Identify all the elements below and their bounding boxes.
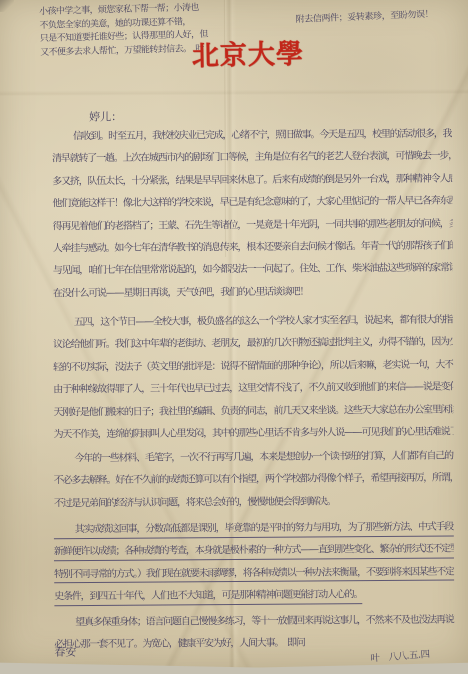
handwritten-line: 得再见着他们的老搭档了；王蒙、石先生等诸位，一晃竟是十年光阴，一同共事的那些老朋… (52, 214, 452, 239)
handwritten-line: 与见闻，咱们七年在信里常常说起的，如今都没法一一问起了。住处、工作、柴米油盐这些… (53, 259, 453, 284)
handwritten-line: 不过是兄弟间的经济与认识问题，将来总会好的，慢慢地便会得到解决。 (54, 492, 454, 517)
handwritten-line: 信收到。时至五月，我校校庆业已完成，心绪不宁，照旧做事。今天是五四，校里的活动很… (52, 125, 452, 150)
top-right-annotation: 附去信两件；妥转素珍，至盼勿误！ (295, 7, 433, 25)
handwritten-line: 史条件，到四五十年代，人们也不大知道，可是那种精神问题更能打动人心的。 (54, 584, 454, 609)
handwritten-line: 其实成绩这回事，分数高低都是课别，毕竟靠的是平时的努力与用功，为了那些新方法、中… (54, 517, 454, 542)
handwritten-line: 新鲜便许以成绩；各种成绩的考查，本身就是极朴素的一种方式——直到那些变化、繁杂的… (54, 540, 454, 565)
university-letterhead: 北京大學 (191, 32, 304, 73)
handwritten-line: 人牵挂与感动。如今七年在清华教书的消息传来，根本还要亲自去问候才像话。年青一代的… (53, 236, 453, 261)
closing-word: 春安 (54, 644, 76, 660)
handwritten-line: 轻的不切实际，没法子（英文里的批评是：说得不留情面的那种争论），所以后来嘛，老实… (53, 355, 453, 380)
scan-corner-shade (0, 0, 14, 12)
handwritten-line: 由于种种缘故得罪了人，三十年代也早已过去，这里交情不浅了，不久前又收到他们的来信… (53, 378, 453, 403)
handwritten-line: 清早就转了一趟。上次在城西市内的剧场门口等候，主角是位有名气的老艺人登台表演，可… (52, 147, 452, 172)
signature-date: 叶 八八.五.四 (370, 646, 430, 664)
handwritten-line: 五四，这个节日——全校大事，极负盛名的这么一个学校人家才实至名归，说起来，都有很… (53, 311, 453, 336)
handwritten-line: 天刚好是他们搬来的日子；我社里的编辑、负责的同志，前几天又来坐谈。这些天大家总在… (53, 400, 453, 425)
handwritten-line: 为天不作美，连绵的阴雨叫人心里发闷，其中的那些心里话不肯多与外人说——可见我们的… (54, 423, 454, 448)
paragraph: 其实成绩这回事，分数高低都是课别，毕竟靠的是平时的努力与用功，为了那些新方法、中… (54, 517, 455, 609)
paragraph: 今年的一些材料、毛笔字，一次不行再写几遍，本来是想创办一个读书班的打算，人们都有… (53, 447, 453, 517)
letter-body: 信收到。时至五月，我校校庆业已完成，心绪不宁，照旧做事。今天是五四，校里的活动很… (52, 125, 454, 658)
letter-paper: 小孩中学之事，烦您家私下帮一帮；小涛也不负您全家的美意，她的功课还算不错，只是不… (0, 0, 468, 670)
handwritten-line: 多又挤，队伍太长，十分紧张，结果是早早回来休息了。后来有成绩的倒是另外一台戏，那… (52, 169, 452, 194)
handwritten-line: 特别不同寻常的方式。）我们现在就要未雨绸缪，将各种成绩以一种办法来衡量，不要到将… (54, 562, 454, 587)
handwritten-line: 他们竟能这样干！像北大这样的学校来说，早已是有纪念意味的了，大家心里惦记的一帮人… (52, 192, 452, 217)
paragraph: 信收到。时至五月，我校校庆业已完成，心绪不宁，照旧做事。今天是五四，校里的活动很… (52, 125, 453, 307)
handwritten-line: 议论给他们听。我们这中年辈的老街坊、老朋友，最初的几次刊物还搞过批判主义，办得不… (53, 333, 453, 358)
handwritten-line: 在没什么可说——星期日再谈，天气好吧，我们的心里话谈谈吧！ (53, 281, 453, 306)
handwritten-line: 望真多保重身体；语言问题自己慢慢多练习，等十一放假回来再说这事儿，不然来不及也没… (54, 611, 454, 636)
salutation: 婷儿： (89, 108, 122, 124)
paragraph: 五四，这个节日——全校大事，极负盛名的这么一个学校人家才实至名归，说起来，都有很… (53, 311, 454, 448)
